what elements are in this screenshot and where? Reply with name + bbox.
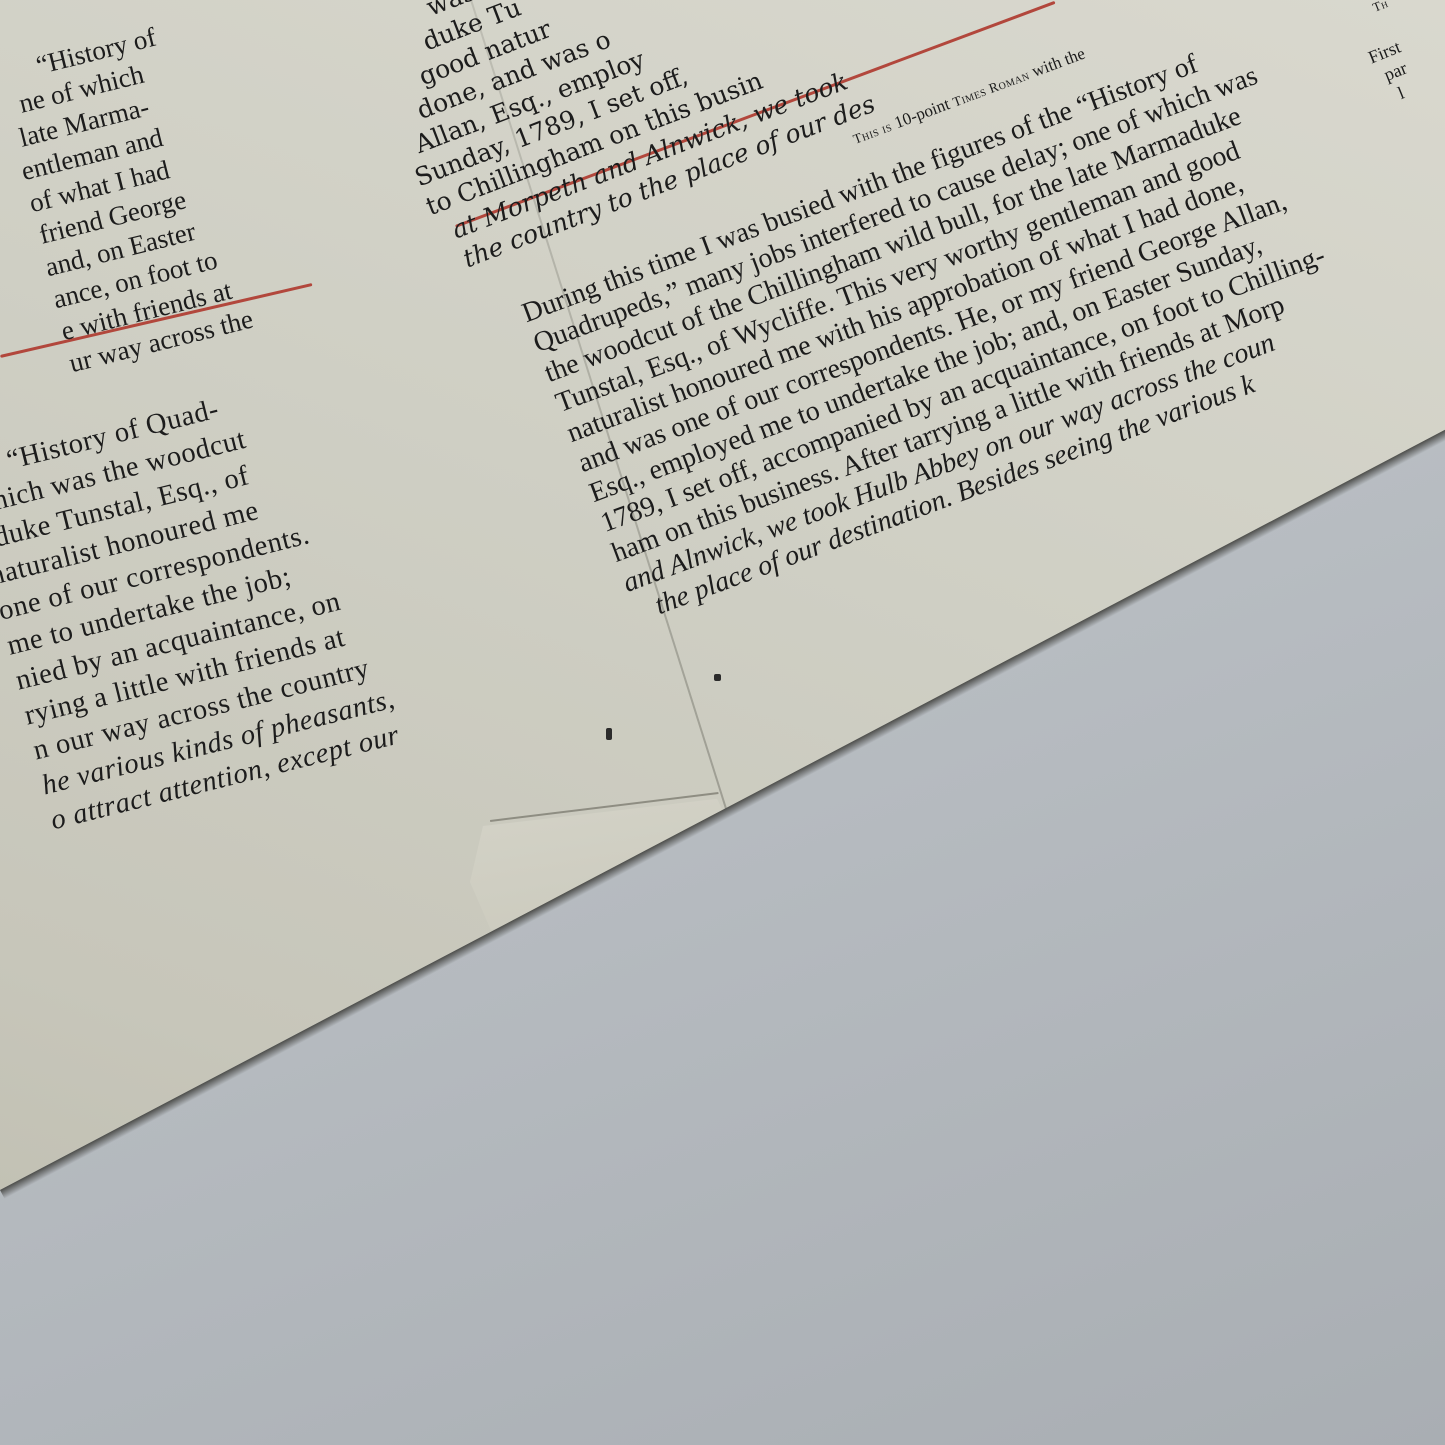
margin-fragment-top: Th bbox=[1370, 0, 1391, 17]
margin-column-right: First par l bbox=[1365, 36, 1420, 110]
specimen-left-bottom: the “History of Quad- which was the wood… bbox=[0, 367, 407, 839]
caption-typeface: Times Roman bbox=[951, 67, 1032, 109]
paper-tear-patch bbox=[470, 770, 730, 930]
caption-size: 10-point bbox=[892, 94, 953, 132]
photo-scene: “History of ne of which late Marma- entl… bbox=[0, 0, 1445, 1445]
caption-suffix: with the bbox=[1029, 44, 1087, 81]
text-fragment: Th bbox=[1371, 0, 1390, 15]
staple-hole bbox=[606, 728, 612, 740]
specimen-left-top: “History of ne of which late Marma- entl… bbox=[0, 14, 256, 380]
specimen-sheet: “History of ne of which late Marma- entl… bbox=[0, 0, 1445, 1445]
staple-hole bbox=[714, 674, 721, 681]
